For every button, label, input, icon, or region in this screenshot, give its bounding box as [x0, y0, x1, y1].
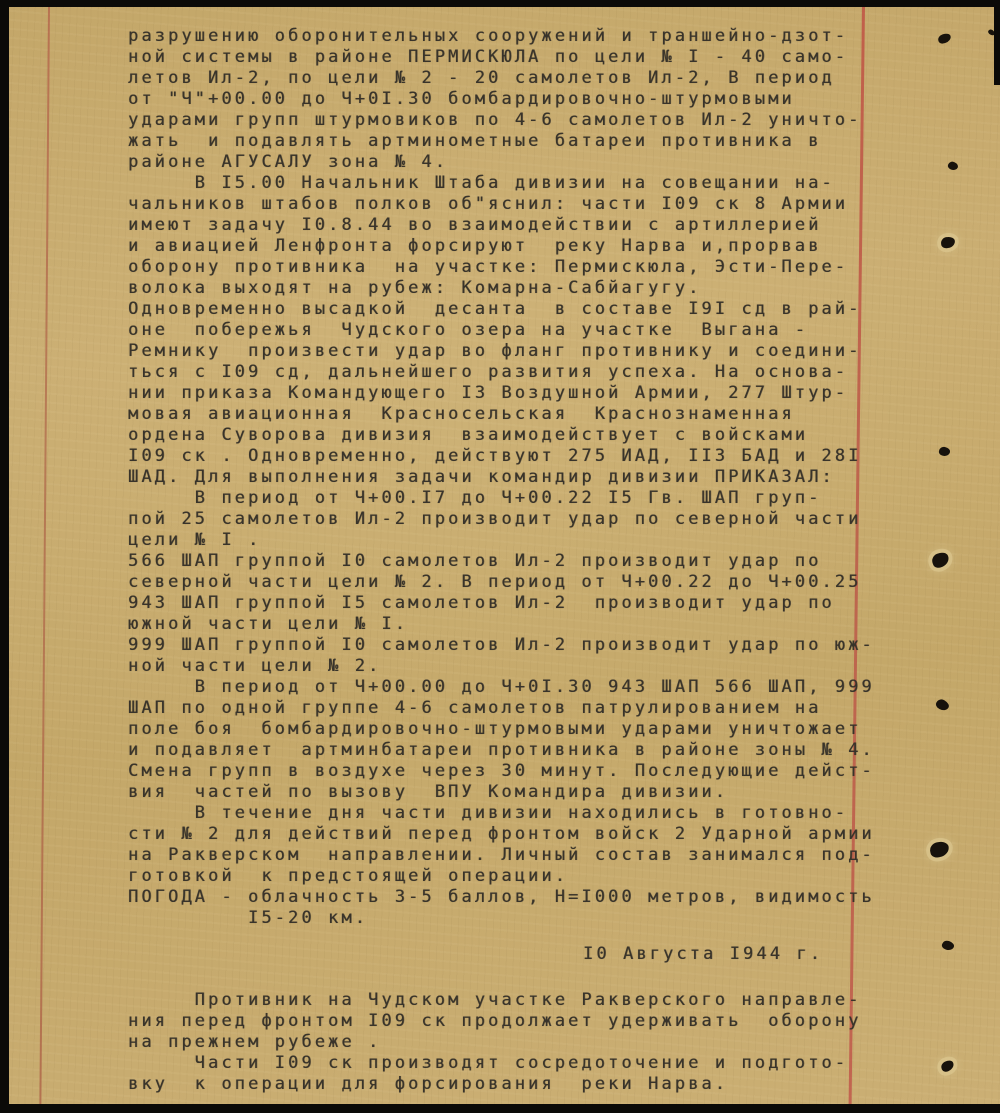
text-line: и авиацией Ленфронта форсируют реку Нарв…	[128, 236, 875, 257]
scan-edge-left	[0, 0, 9, 1113]
typewritten-main-text: разрушению оборонительных сооружений и т…	[128, 26, 875, 929]
document-date: I0 Августа I944 г.	[583, 944, 823, 965]
text-line: и подавляет артминбатареи противника в р…	[128, 740, 875, 761]
text-line: нии приказа Командующего I3 Воздушной Ар…	[128, 383, 875, 404]
text-line: 999 ШАП группой I0 самолетов Ил-2 произв…	[128, 635, 875, 656]
scan-edge-top	[0, 0, 1000, 7]
text-line: 943 ШАП группой I5 самолетов Ил-2 произв…	[128, 593, 875, 614]
scan-edge-bottom	[0, 1104, 1000, 1113]
text-line: пой 25 самолетов Ил-2 производит удар по…	[128, 509, 875, 530]
text-line: готовкой к предстоящей операции.	[128, 866, 875, 887]
text-line: Одновременно высадкой десанта в составе …	[128, 299, 875, 320]
text-line: ться с I09 сд, дальнейшего развития успе…	[128, 362, 875, 383]
text-line: разрушению оборонительных сооружений и т…	[128, 26, 875, 47]
text-line: волока выходят на рубеж: Комарна-Сабйагу…	[128, 278, 875, 299]
text-line: В I5.00 Начальник Штаба дивизии на совещ…	[128, 173, 875, 194]
text-line: I09 ск . Одновременно, действуют 275 ИАД…	[128, 446, 875, 467]
text-line: вку к операции для форсирования реки Нар…	[128, 1074, 861, 1095]
scanned-document-page: разрушению оборонительных сооружений и т…	[0, 0, 1000, 1113]
text-line: ударами групп штурмовиков по 4-6 самолет…	[128, 110, 875, 131]
text-line: ШАП по одной группе 4-6 самолетов патрул…	[128, 698, 875, 719]
text-line: Противник на Чудском участке Ракверского…	[128, 990, 861, 1011]
scan-edge-right	[994, 0, 1000, 85]
text-line: на Ракверском направлении. Личный состав…	[128, 845, 875, 866]
text-line: ной части цели № 2.	[128, 656, 875, 677]
text-line: Смена групп в воздухе через 30 минут. По…	[128, 761, 875, 782]
text-line: сти № 2 для действий перед фронтом войск…	[128, 824, 875, 845]
text-line: на прежнем рубеже .	[128, 1032, 861, 1053]
text-line: ПОГОДА - облачность 3-5 баллов, Н=I000 м…	[128, 887, 875, 908]
text-line: имеют задачу I0.8.44 во взаимодействии с…	[128, 215, 875, 236]
text-line: оне побережья Чудского озера на участке …	[128, 320, 875, 341]
text-line: оборону противника на участке: Пермискюл…	[128, 257, 875, 278]
text-line: 566 ШАП группой I0 самолетов Ил-2 произв…	[128, 551, 875, 572]
text-line: северной части цели № 2. В период от Ч+0…	[128, 572, 875, 593]
typewritten-second-entry: Противник на Чудском участке Ракверского…	[128, 990, 861, 1095]
text-line: чальников штабов полков об"яснил: части …	[128, 194, 875, 215]
text-line: ния перед фронтом I09 ск продолжает удер…	[128, 1011, 861, 1032]
text-line: южной части цели № I.	[128, 614, 875, 635]
text-line: ной системы в районе ПЕРМИСКЮЛА по цели …	[128, 47, 875, 68]
text-line: ШАД. Для выполнения задачи командир диви…	[128, 467, 875, 488]
text-line: районе АГУСАЛУ зона № 4.	[128, 152, 875, 173]
text-line: поле боя бомбардировочно-штурмовыми удар…	[128, 719, 875, 740]
text-line: В период от Ч+00.I7 до Ч+00.22 I5 Гв. ША…	[128, 488, 875, 509]
text-line: вия частей по вызову ВПУ Командира дивиз…	[128, 782, 875, 803]
text-line: ордена Суворова дивизия взаимодействует …	[128, 425, 875, 446]
text-line: от "Ч"+00.00 до Ч+0I.30 бомбардировочно-…	[128, 89, 875, 110]
text-line: Ремнику произвести удар во фланг противн…	[128, 341, 875, 362]
text-line: цели № I .	[128, 530, 875, 551]
text-line: В период от Ч+00.00 до Ч+0I.30 943 ШАП 5…	[128, 677, 875, 698]
text-line: летов Ил-2, по цели № 2 - 20 самолетов И…	[128, 68, 875, 89]
text-line: I5-20 км.	[128, 908, 875, 929]
text-line: жать и подавлять артминометные батареи п…	[128, 131, 875, 152]
text-line: В течение дня части дивизии находились в…	[128, 803, 875, 824]
text-line: Части I09 ск производят сосредоточение и…	[128, 1053, 861, 1074]
text-line: мовая авиационная Красносельская Красноз…	[128, 404, 875, 425]
